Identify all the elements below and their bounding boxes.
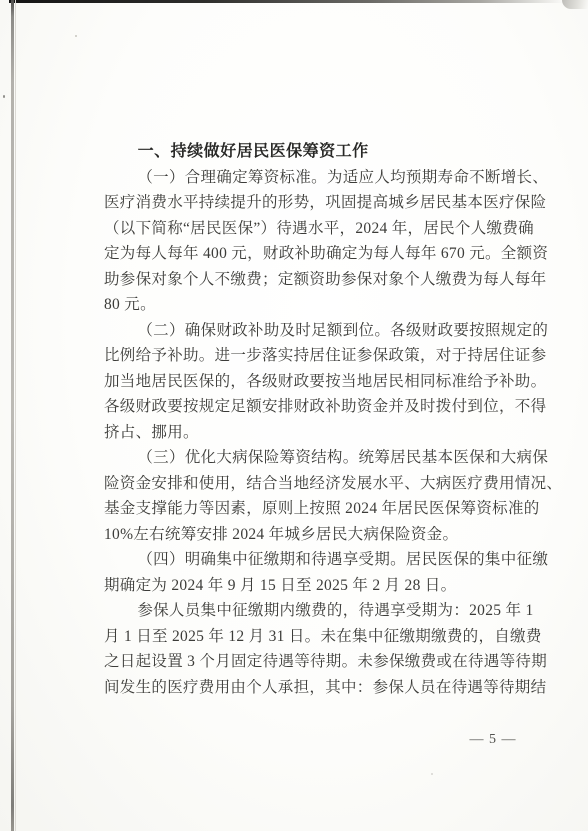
text-line: （三）优化大病保险筹资结构。统筹居民基本医保和大病保: [104, 445, 519, 471]
scanned-page: 一、持续做好居民医保筹资工作 （一）合理确定筹资标准。为适应人均预期寿命不断增长…: [0, 0, 588, 831]
text-line: 10%左右统筹安排 2024 年城乡居民大病保险资金。: [104, 522, 519, 548]
text-line: 挤占、挪用。: [104, 420, 519, 446]
text-line: 医疗消费水平持续提升的形势，巩固提高城乡居民基本医疗保险: [104, 190, 519, 216]
text-line: 定为每人每年 400 元，财政补助确定为每人每年 670 元。全额资: [104, 241, 519, 267]
text-line: 助参保对象个人不缴费；定额资助参保对象个人缴费为每人每年: [104, 267, 519, 293]
paragraph: （一）合理确定筹资标准。为适应人均预期寿命不断增长、医疗消费水平持续提升的形势，…: [104, 165, 519, 318]
text-line: （四）明确集中征缴期和待遇享受期。居民医保的集中征缴: [104, 547, 519, 573]
text-line: 参保人员集中征缴期内缴费的，待遇享受期为：2025 年 1: [104, 598, 519, 624]
scan-speck: [3, 95, 5, 98]
text-line: （以下简称“居民医保”）待遇水平，2024 年，居民个人缴费确: [104, 216, 519, 242]
text-line: （一）合理确定筹资标准。为适应人均预期寿命不断增长、: [104, 165, 519, 191]
paragraph: 参保人员集中征缴期内缴费的，待遇享受期为：2025 年 1月 1 日至 2025…: [104, 598, 519, 700]
text-line: （二）确保财政补助及时足额到位。各级财政要按照规定的: [104, 318, 519, 344]
scan-left-edge-shadow: [15, 0, 16, 831]
scan-top-edge-line: [9, 0, 564, 3]
paragraph: （三）优化大病保险筹资结构。统筹居民基本医保和大病保险资金安排和使用，结合当地经…: [104, 445, 519, 547]
text-line: 加当地居民医保的，各级财政要按当地居民相同标准给予补助。: [104, 369, 519, 395]
paragraphs-container: （一）合理确定筹资标准。为适应人均预期寿命不断增长、医疗消费水平持续提升的形势，…: [104, 165, 519, 701]
page-number: — 5 —: [458, 731, 528, 749]
paragraph: （四）明确集中征缴期和待遇享受期。居民医保的集中征缴期确定为 2024 年 9 …: [104, 547, 519, 598]
text-line: 险资金安排和使用，结合当地经济发展水平、大病医疗费用情况、: [104, 471, 519, 497]
paragraph: （二）确保财政补助及时足额到位。各级财政要按照规定的比例给予补助。进一步落实持居…: [104, 318, 519, 446]
text-line: 80 元。: [104, 292, 519, 318]
text-line: 之日起设置 3 个月固定待遇等待期。未参保缴费或在待遇等待期: [104, 649, 519, 675]
text-line: 间发生的医疗费用由个人承担，其中：参保人员在待遇等待期结: [104, 675, 519, 701]
scan-speck: [431, 773, 433, 775]
scan-top-right-smudge: [562, 0, 588, 9]
document-body: 一、持续做好居民医保筹资工作 （一）合理确定筹资标准。为适应人均预期寿命不断增长…: [104, 139, 519, 700]
section-heading: 一、持续做好居民医保筹资工作: [104, 139, 519, 165]
text-line: 期确定为 2024 年 9 月 15 日至 2025 年 2 月 28 日。: [104, 573, 519, 599]
scan-left-edge-line: [11, 0, 14, 831]
text-line: 各级财政要按规定足额安排财政补助资金并及时拨付到位，不得: [104, 394, 519, 420]
text-line: 月 1 日至 2025 年 12 月 31 日。未在集中征缴期缴费的，自缴费: [104, 624, 519, 650]
text-line: 基金支撑能力等因素，原则上按照 2024 年居民医保筹资标准的: [104, 496, 519, 522]
scan-speck: [75, 35, 77, 37]
text-line: 比例给予补助。进一步落实持居住证参保政策，对于持居住证参: [104, 343, 519, 369]
